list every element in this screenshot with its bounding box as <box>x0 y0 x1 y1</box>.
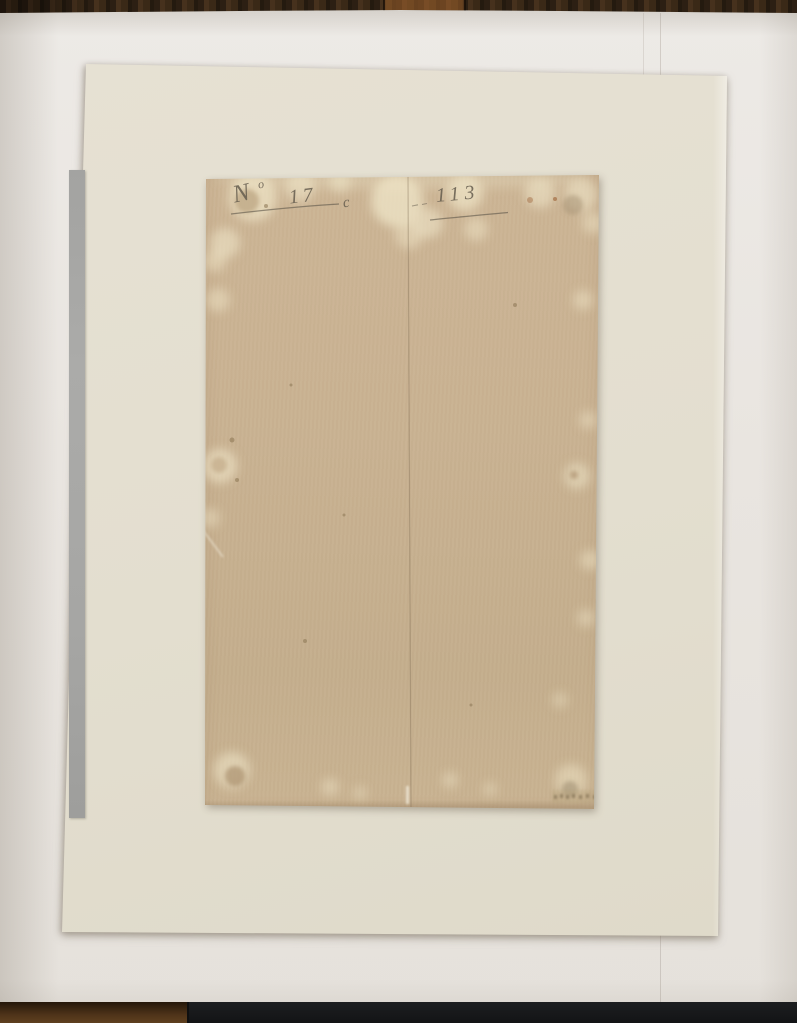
inscription-number-17: 17 <box>288 183 319 209</box>
paper-stains-and-marks <box>203 173 602 812</box>
light-stains <box>203 173 602 800</box>
grayscale-calibration-bar <box>69 170 85 818</box>
scratch-mark <box>203 525 223 557</box>
wood-table-edge-bottom-left <box>0 1002 189 1023</box>
black-table-strip <box>0 1002 797 1023</box>
wood-plank-seam <box>464 0 466 13</box>
center-crease <box>408 175 411 807</box>
inscription-number-113: 113 <box>435 181 480 208</box>
artwork-verso-paper: N o 17 c 113 <box>203 173 602 812</box>
wood-table-edge-top <box>0 0 797 14</box>
dark-stains <box>211 189 583 797</box>
scuff-mark <box>406 786 409 804</box>
wood-plank-seam <box>383 0 385 13</box>
foxing-dots <box>230 197 558 707</box>
photograph-artwork-verso: N o 17 c 113 <box>0 0 797 1023</box>
